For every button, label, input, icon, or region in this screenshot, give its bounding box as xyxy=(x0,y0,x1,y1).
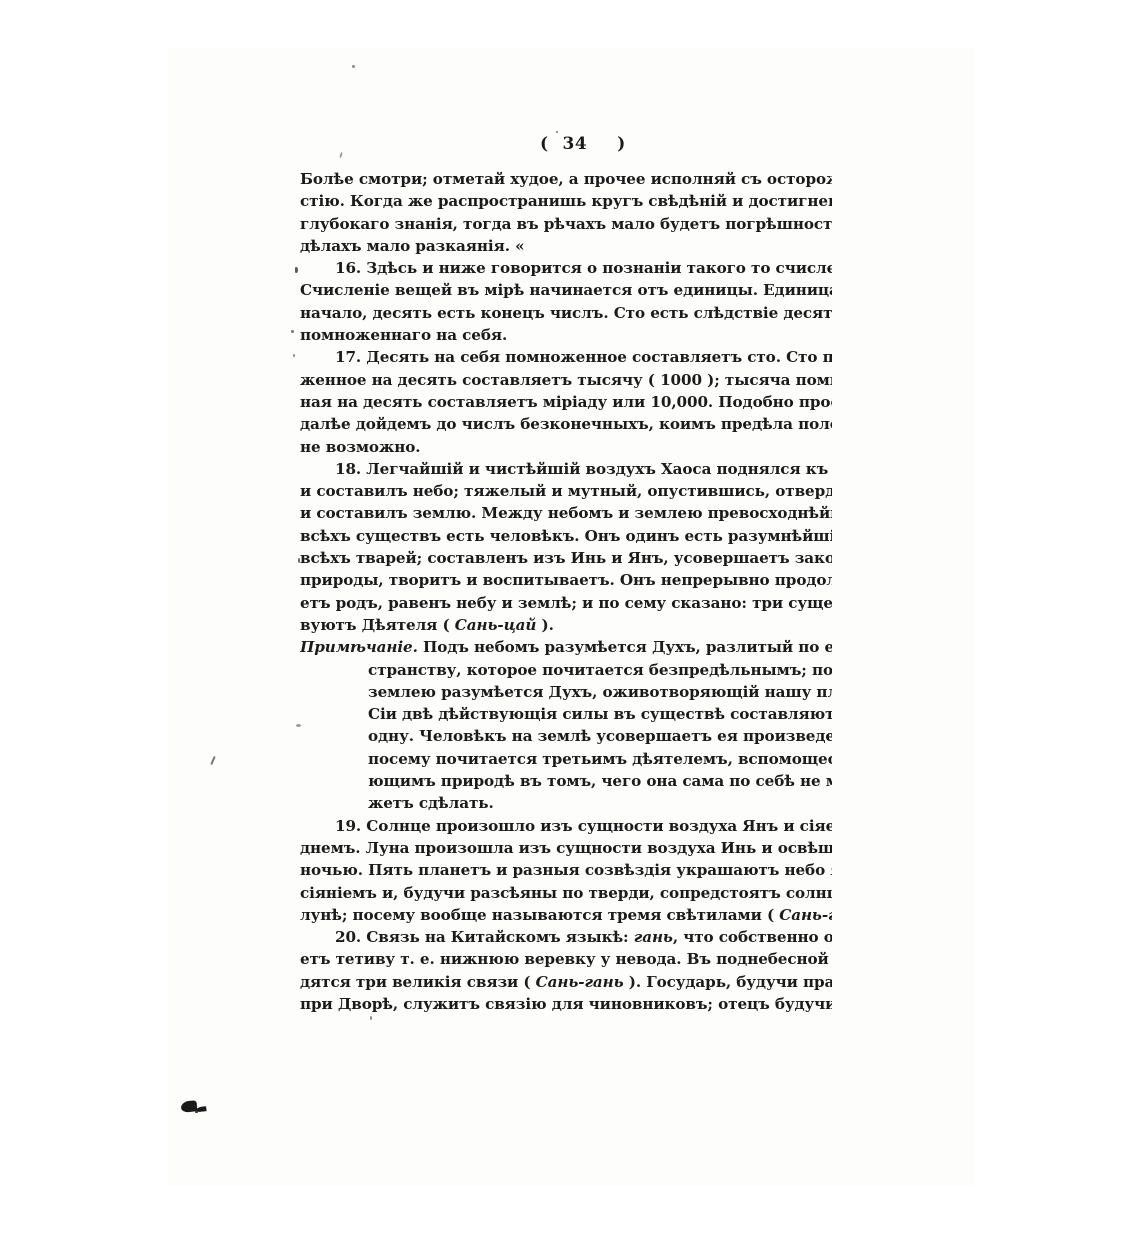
text-line: 18. Легчайшій и чистѣйшій воздухъ Хаоса … xyxy=(300,458,832,480)
text-segment: ). Государь, будучи правиленъ xyxy=(624,973,832,991)
ink-speck xyxy=(296,724,301,727)
paragraph-18: 18. Легчайшій и чистѣйшій воздухъ Хаоса … xyxy=(300,458,832,636)
paragraph-19: 19. Солнце произошло изъ сущности воздух… xyxy=(300,815,832,926)
text-line: всѣхъ существъ есть человѣкъ. Онъ одинъ … xyxy=(300,525,832,547)
paragraph-continuation: Болѣе смотри; отметай худое, а прочее ис… xyxy=(300,168,832,257)
text-segment: сіяніемъ и, будучи разсѣяны по тверди, с… xyxy=(300,884,832,902)
scanned-book-page: ( 34 ) Болѣе смотри; отметай худое, а пр… xyxy=(0,0,1140,1236)
text-segment: и составилъ небо; тяжелый и мутный, опус… xyxy=(300,482,832,500)
text-segment: жетъ сдѣлать. xyxy=(368,794,494,812)
text-line: вуютъ Дѣятеля ( Сань-цай ). xyxy=(300,614,832,636)
text-block: Болѣе смотри; отметай худое, а прочее ис… xyxy=(300,168,832,1015)
text-segment: при Дворѣ, служитъ связію для чиновников… xyxy=(300,995,832,1013)
text-line: одну. Человѣкъ на землѣ усовершаетъ ея п… xyxy=(300,725,832,747)
ink-speck xyxy=(556,131,558,133)
paragraph-17: 17. Десять на себя помноженное составляе… xyxy=(300,346,832,457)
text-segment: женное на десять составляетъ тысячу ( 10… xyxy=(300,371,832,389)
text-line: ночью. Пять планетъ и разныя созвѣздія у… xyxy=(300,859,832,881)
text-segment: Счисленіе вещей въ мірѣ начинается отъ е… xyxy=(300,281,832,299)
text-segment: ). xyxy=(536,616,553,634)
text-line: лунѣ; посему вообще называются тремя свѣ… xyxy=(300,904,832,926)
text-line: жетъ сдѣлать. xyxy=(300,792,832,814)
text-segment: днемъ. Луна произошла изъ сущности возду… xyxy=(300,839,832,857)
text-segment: далѣе дойдемъ до числъ безконечныхъ, кои… xyxy=(300,415,832,433)
ink-speck xyxy=(291,330,294,333)
text-line: странству, которое почитается безпредѣль… xyxy=(300,659,832,681)
text-line: всѣхъ тварей; составленъ изъ Инь и Янъ, … xyxy=(300,547,832,569)
text-line: землею разумѣется Духъ, оживотворяющій н… xyxy=(300,681,832,703)
text-line: стію. Когда же распространишь кругъ свѣд… xyxy=(300,190,832,212)
text-line: 20. Связь на Китайскомъ языкѣ: гань, что… xyxy=(300,926,832,948)
text-segment: природы, творитъ и воспитываетъ. Онъ неп… xyxy=(300,571,832,589)
text-segment: Сіи двѣ дѣйствующія силы въ существѣ сос… xyxy=(368,705,832,723)
text-line: 17. Десять на себя помноженное составляе… xyxy=(300,346,832,368)
text-segment: помноженнаго на себя. xyxy=(300,326,507,344)
text-line: дѣлахъ мало разкаянія. « xyxy=(300,235,832,257)
text-line: и составилъ небо; тяжелый и мутный, опус… xyxy=(300,480,832,502)
text-line: Сіи двѣ дѣйствующія силы въ существѣ сос… xyxy=(300,703,832,725)
text-segment: , что собственно означа- xyxy=(673,928,832,946)
text-segment: одну. Человѣкъ на землѣ усовершаетъ ея п… xyxy=(368,727,832,745)
text-segment: вуютъ Дѣятеля ( xyxy=(300,616,455,634)
text-line: ная на десять составляетъ міріаду или 10… xyxy=(300,391,832,413)
italic-term: Сань-гань xyxy=(536,973,624,991)
text-segment: 18. Легчайшій и чистѣйшій воздухъ Хаоса … xyxy=(335,460,832,478)
text-segment: дѣлахъ мало разкаянія. « xyxy=(300,237,524,255)
ink-speck xyxy=(339,152,343,158)
text-line: при Дворѣ, служитъ связію для чиновников… xyxy=(300,993,832,1015)
text-segment: и составилъ землю. Между небомъ и землею… xyxy=(300,504,832,522)
ink-speck xyxy=(352,65,355,68)
text-segment: странству, которое почитается безпредѣль… xyxy=(368,661,832,679)
text-line: ющимъ природѣ въ томъ, чего она сама по … xyxy=(300,770,832,792)
text-segment: 19. Солнце произошло изъ сущности воздух… xyxy=(335,817,832,835)
ink-speck xyxy=(194,1105,197,1108)
text-line: 19. Солнце произошло изъ сущности воздух… xyxy=(300,815,832,837)
text-line: етъ родъ, равенъ небу и землѣ; и по сему… xyxy=(300,592,832,614)
text-line: Примѣчаніе. Подъ небомъ разумѣется Духъ,… xyxy=(300,636,832,658)
text-line: природы, творитъ и воспитываетъ. Онъ неп… xyxy=(300,569,832,591)
italic-term: Примѣчаніе. xyxy=(300,638,418,656)
text-segment: не возможно. xyxy=(300,438,420,456)
text-segment: 16. Здѣсь и ниже говорится о познаніи та… xyxy=(335,259,832,277)
header-open-paren: ( xyxy=(540,134,549,154)
text-line: Счисленіе вещей въ мірѣ начинается отъ е… xyxy=(300,279,832,301)
text-line: глубокаго знанія, тогда въ рѣчахъ мало б… xyxy=(300,213,832,235)
header-close-paren: ) xyxy=(617,134,626,154)
italic-term: Сань-цай xyxy=(455,616,537,634)
text-segment: Болѣе смотри; отметай худое, а прочее ис… xyxy=(300,170,832,188)
italic-term: Сань-гуань xyxy=(779,906,832,924)
text-segment: Подъ небомъ разумѣется Духъ, разлитый по… xyxy=(418,638,832,656)
note-primechanie: Примѣчаніе. Подъ небомъ разумѣется Духъ,… xyxy=(300,636,832,814)
ink-speck xyxy=(210,756,215,765)
text-line: дятся три великія связи ( Сань-гань ). Г… xyxy=(300,971,832,993)
ink-speck xyxy=(370,1016,372,1020)
text-segment: ночью. Пять планетъ и разныя созвѣздія у… xyxy=(300,861,832,879)
ink-speck xyxy=(293,354,295,357)
text-segment: ная на десять составляетъ міріаду или 10… xyxy=(300,393,832,411)
text-segment: всѣхъ тварей; составленъ изъ Инь и Янъ, … xyxy=(300,549,832,567)
paragraph-20: 20. Связь на Китайскомъ языкѣ: гань, что… xyxy=(300,926,832,1015)
text-segment: дятся три великія связи ( xyxy=(300,973,536,991)
text-line: помноженнаго на себя. xyxy=(300,324,832,346)
text-segment: глубокаго знанія, тогда въ рѣчахъ мало б… xyxy=(300,215,832,233)
text-segment: ющимъ природѣ въ томъ, чего она сама по … xyxy=(368,772,832,790)
text-segment: землею разумѣется Духъ, оживотворяющій н… xyxy=(368,683,832,701)
ink-speck xyxy=(298,558,300,563)
page-number: 34 xyxy=(563,134,588,154)
paper-sheet: ( 34 ) Болѣе смотри; отметай худое, а пр… xyxy=(168,48,975,1186)
italic-term: гань xyxy=(634,928,673,946)
text-line: Болѣе смотри; отметай худое, а прочее ис… xyxy=(300,168,832,190)
text-line: посему почитается третьимъ дѣятелемъ, вс… xyxy=(300,748,832,770)
text-segment: 20. Связь на Китайскомъ языкѣ: xyxy=(335,928,634,946)
text-line: 16. Здѣсь и ниже говорится о познаніи та… xyxy=(300,257,832,279)
text-segment: етъ родъ, равенъ небу и землѣ; и по сему… xyxy=(300,594,832,612)
text-line: женное на десять составляетъ тысячу ( 10… xyxy=(300,369,832,391)
text-segment: 17. Десять на себя помноженное составляе… xyxy=(335,348,832,366)
text-segment: начало, десять есть конецъ числъ. Сто ес… xyxy=(300,304,832,322)
text-segment: всѣхъ существъ есть человѣкъ. Онъ одинъ … xyxy=(300,527,832,545)
ink-speck xyxy=(295,267,298,273)
page-header: ( 34 ) xyxy=(540,134,626,154)
text-segment: лунѣ; посему вообще называются тремя свѣ… xyxy=(300,906,779,924)
text-segment: стію. Когда же распространишь кругъ свѣд… xyxy=(300,192,832,210)
text-line: сіяніемъ и, будучи разсѣяны по тверди, с… xyxy=(300,882,832,904)
text-segment: посему почитается третьимъ дѣятелемъ, вс… xyxy=(368,750,832,768)
text-line: начало, десять есть конецъ числъ. Сто ес… xyxy=(300,302,832,324)
text-line: и составилъ землю. Между небомъ и землею… xyxy=(300,502,832,524)
text-line: не возможно. xyxy=(300,436,832,458)
text-segment: етъ тетиву т. е. нижнюю веревку у невода… xyxy=(300,950,832,968)
text-line: далѣе дойдемъ до числъ безконечныхъ, кои… xyxy=(300,413,832,435)
paragraph-16: 16. Здѣсь и ниже говорится о познаніи та… xyxy=(300,257,832,346)
text-line: етъ тетиву т. е. нижнюю веревку у невода… xyxy=(300,948,832,970)
ink-speck xyxy=(195,1111,198,1113)
text-line: днемъ. Луна произошла изъ сущности возду… xyxy=(300,837,832,859)
